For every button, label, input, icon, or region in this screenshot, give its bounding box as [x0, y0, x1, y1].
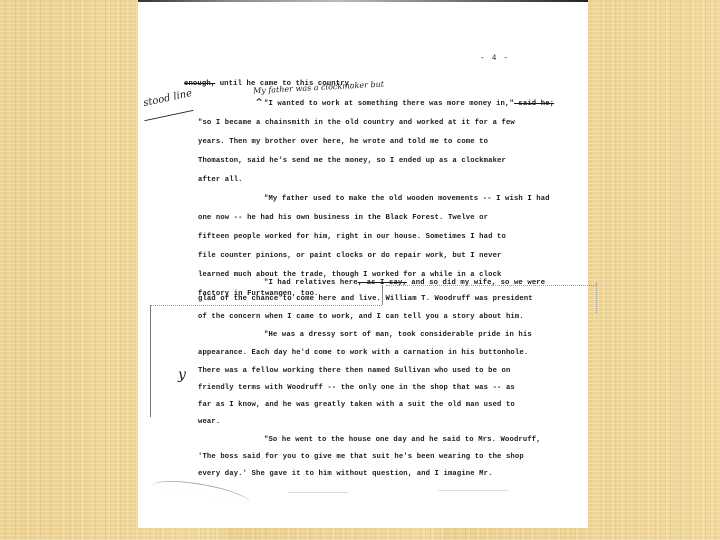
- margin-check-mark: y: [178, 367, 186, 383]
- text-line-24: every day.' She gave it to him without q…: [198, 470, 493, 478]
- faint-scan-mark: [438, 490, 508, 491]
- text-line-14: glad of the chance to come here and live…: [198, 295, 533, 303]
- text-line-22: "So he went to the house one day and he …: [264, 436, 541, 444]
- text-line-20: far as I know, and he was greatly taken …: [198, 401, 515, 409]
- text-line-18: There was a fellow working there then na…: [198, 367, 510, 375]
- text-line-17: appearance. Each day he'd come to work w…: [198, 349, 528, 357]
- margin-bar: [150, 305, 151, 417]
- text-line-21: wear.: [198, 418, 220, 426]
- text-line-19: friendly terms with Woodruff -- the only…: [198, 384, 515, 392]
- text-line-15: of the concern when I came to work, and …: [198, 313, 524, 321]
- text-line-16: "He was a dressy sort of man, took consi…: [264, 331, 532, 339]
- document-page-lower: "I had relatives here, as I say, and so …: [138, 0, 588, 528]
- edit-bracket-mid: [150, 305, 382, 306]
- edit-bracket-top: [386, 285, 596, 286]
- page-curl-line: [152, 475, 252, 503]
- faint-scan-mark: [288, 492, 348, 493]
- edit-bracket-right: [596, 283, 597, 313]
- text-line-23: 'The boss said for you to give me that s…: [198, 453, 524, 461]
